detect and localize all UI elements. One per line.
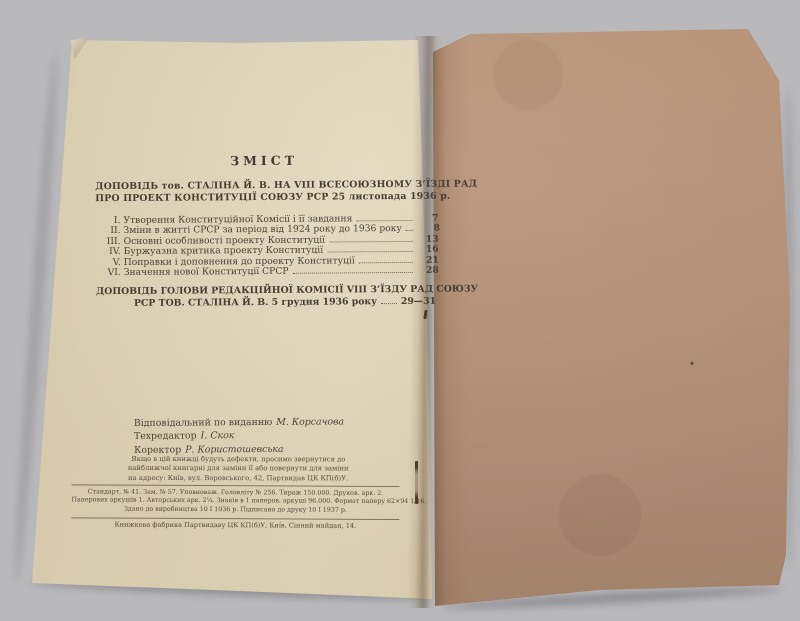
credit-role: Техредактор [134,431,197,442]
toc-label: Значення нової Конституції СРСР [124,266,289,278]
toc-numeral: VI. [103,267,124,278]
report-heading: ДОПОВІДЬ тов. СТАЛІНА Й. В. НА VIII ВСЕС… [95,179,439,205]
toc-list: I. Утворення Конституційної Комісії і її… [102,213,438,278]
report-pages: 29—31 [401,296,440,308]
imprint-line: Книжкова фабрика Партвидаву ЦК КП(б)У, К… [71,520,399,530]
divider-rule [72,484,400,487]
divider-rule [71,517,399,520]
credit-role: Коректор [134,444,181,455]
toc-leader [327,251,412,253]
credit-name: І. Скок [201,431,235,442]
notice-line: найближчої книгарні для заміни її або по… [117,464,359,474]
contents-title: ЗМІСТ [164,152,364,168]
toc-leader [293,272,413,274]
book-photo: ЗМІСТ ДОПОВІДЬ тов. СТАЛІНА Й. В. НА VII… [0,0,800,621]
second-report-line: РСР ТОВ. СТАЛІНА Й. В. 5 грудня 1936 рок… [96,296,440,310]
toc-leader [356,220,412,221]
second-report-text: РСР ТОВ. СТАЛІНА Й. В. 5 грудня 1936 рок… [134,296,377,309]
credit-line: Відповідальний по виданнюМ. Корсачова [134,415,344,430]
credit-name: Р. Користошевська [185,444,283,456]
second-report-heading: ДОПОВІДЬ ГОЛОВИ РЕДАКЦІЙНОЇ КОМІСІЇ VIII… [96,284,440,310]
notice-line: Якщо в цій книжці будуть дефекти, просим… [117,455,359,465]
credits-block: Відповідальний по виданнюМ. Корсачова Те… [134,415,345,457]
colophon-line: Здано до виробництва 10 І 1936 р. Підпис… [71,505,399,515]
credit-name: М. Корсачова [276,416,344,427]
toc-leader [406,230,414,231]
left-page-text: ЗМІСТ ДОПОВІДЬ тов. СТАЛІНА Й. В. НА VII… [0,0,800,621]
defects-notice: Якщо в цій книжці будуть дефекти, просим… [117,455,359,483]
report-heading-line: ПРО ПРОЕКТ КОНСТИТУЦІЇ СОЮЗУ РСР 25 лист… [95,191,439,205]
toc-leader [381,303,397,304]
toc-leader [359,262,413,263]
toc-leader [329,241,413,243]
colophon-block: Стандарт, № 41. Зам. № 57. Уповноваж. Го… [71,484,399,530]
notice-line: на адресу: Київ, вул. Воровського, 42, П… [117,474,359,484]
toc-row: VI. Значення нової Конституції СРСР 28 [103,265,439,278]
credit-role: Відповідальний по виданню [134,417,272,429]
toc-page-number: 28 [417,265,439,276]
print-colophon: Стандарт, № 41. Зам. № 57. Уповноваж. Го… [71,488,399,516]
